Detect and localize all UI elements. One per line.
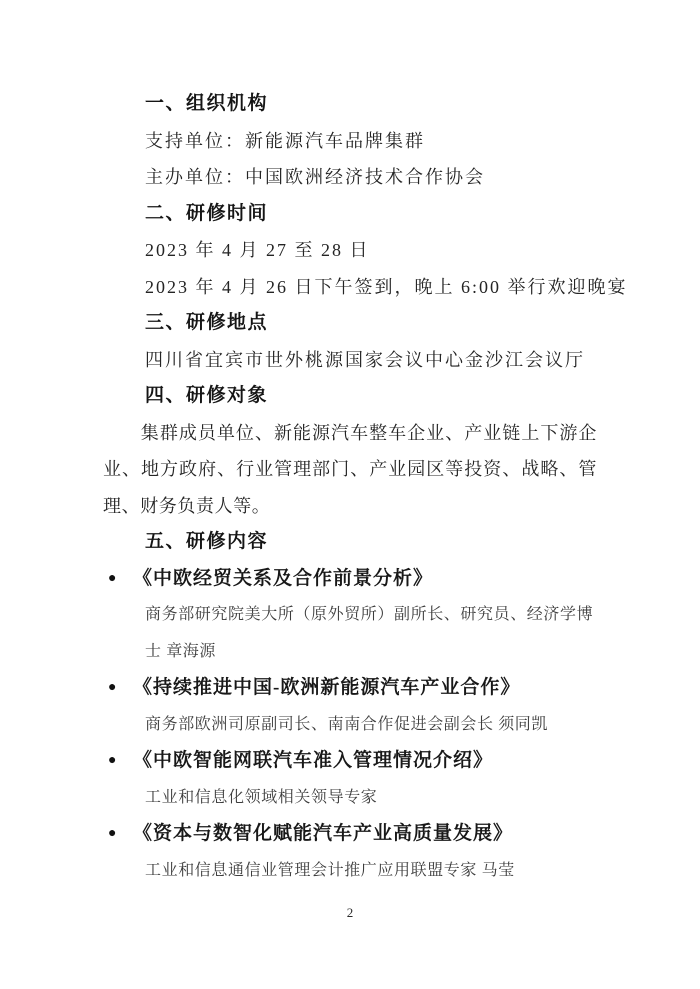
agenda-item: ● 《持续推进中国-欧洲新能源汽车产业合作》 商务部欧洲司原副司长、南南合作促进… (103, 670, 597, 743)
bullet-icon: ● (103, 561, 133, 598)
agenda-item-title: 《持续推进中国-欧洲新能源汽车产业合作》 (133, 670, 520, 707)
agenda-item-title-row: ● 《中欧经贸关系及合作前景分析》 (103, 561, 597, 598)
agenda-item-speaker: 工业和信息通信业管理会计推广应用联盟专家 马莹 (145, 853, 597, 890)
agenda-item: ● 《中欧经贸关系及合作前景分析》 商务部研究院美大所（原外贸所）副所长、研究员… (103, 561, 597, 671)
agenda-item: ● 《资本与数智化赋能汽车产业高质量发展》 工业和信息通信业管理会计推广应用联盟… (103, 816, 597, 889)
agenda-item-title-row: ● 《持续推进中国-欧洲新能源汽车产业合作》 (103, 670, 597, 707)
section-heading-time: 二、研修时间 (145, 196, 597, 233)
organization-host-unit-line: 主办单位：中国欧洲经济技术合作协会 (145, 159, 597, 196)
bullet-icon: ● (103, 743, 133, 780)
agenda-item-title-row: ● 《中欧智能网联汽车准入管理情况介绍》 (103, 743, 597, 780)
section-heading-agenda: 五、研修内容 (145, 524, 597, 561)
agenda-item-speaker: 商务部研究院美大所（原外贸所）副所长、研究员、经济学博士 章海源 (145, 597, 597, 670)
agenda-item-title: 《中欧经贸关系及合作前景分析》 (133, 561, 433, 598)
time-checkin-line: 2023 年 4 月 26 日下午签到，晚上 6:00 举行欢迎晚宴 (145, 269, 597, 306)
location-line: 四川省宜宾市世外桃源国家会议中心金沙江会议厅 (145, 342, 597, 379)
section-heading-location: 三、研修地点 (145, 305, 597, 342)
document-content: 一、组织机构 支持单位：新能源汽车品牌集群 主办单位：中国欧洲经济技术合作协会 … (103, 86, 597, 889)
bullet-icon: ● (103, 816, 133, 853)
agenda-item-title: 《资本与数智化赋能汽车产业高质量发展》 (133, 816, 513, 853)
agenda-item-title-row: ● 《资本与数智化赋能汽车产业高质量发展》 (103, 816, 597, 853)
bullet-icon: ● (103, 670, 133, 707)
agenda-item: ● 《中欧智能网联汽车准入管理情况介绍》 工业和信息化领域相关领导专家 (103, 743, 597, 816)
document-page: 一、组织机构 支持单位：新能源汽车品牌集群 主办单位：中国欧洲经济技术合作协会 … (0, 0, 700, 989)
section-heading-audience: 四、研修对象 (145, 378, 597, 415)
time-dates-line: 2023 年 4 月 27 至 28 日 (145, 232, 597, 269)
agenda-item-speaker: 工业和信息化领域相关领导专家 (145, 780, 597, 817)
page-number: 2 (0, 905, 700, 921)
audience-paragraph: 集群成员单位、新能源汽车整车企业、产业链上下游企业、地方政府、行业管理部门、产业… (103, 415, 597, 525)
agenda-item-speaker: 商务部欧洲司原副司长、南南合作促进会副会长 须同凯 (145, 707, 597, 744)
organization-support-unit-line: 支持单位：新能源汽车品牌集群 (145, 123, 597, 160)
agenda-item-title: 《中欧智能网联汽车准入管理情况介绍》 (133, 743, 493, 780)
section-heading-organization: 一、组织机构 (145, 86, 597, 123)
